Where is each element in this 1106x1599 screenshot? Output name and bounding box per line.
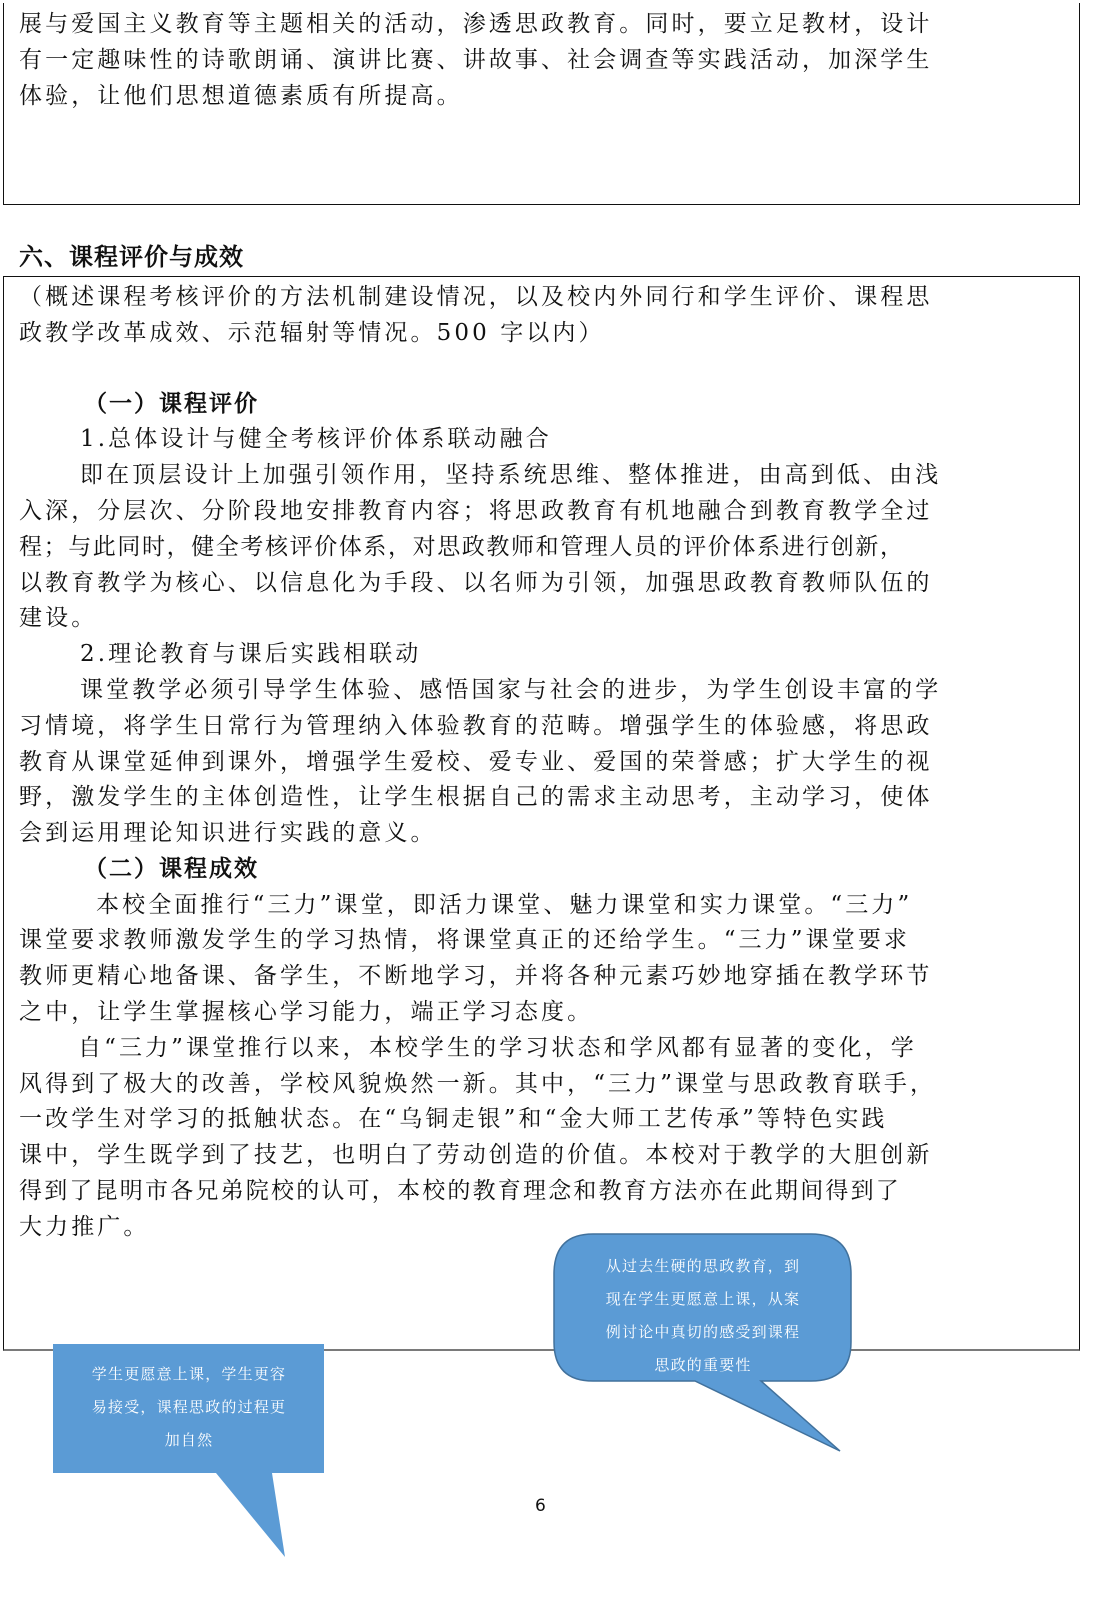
- paragraph-line: 有一定趣味性的诗歌朗诵、演讲比赛、讲故事、社会调查等实践活动，加深学生: [19, 42, 933, 78]
- paragraph-line: 之中，让学生掌握核心学习能力，端正学习态度。: [19, 994, 593, 1030]
- paragraph-line: 即在顶层设计上加强引领作用，坚持系统思维、整体推进，由高到低、由浅: [80, 457, 941, 493]
- page-number: 6: [535, 1496, 546, 1516]
- paragraph-line: 建设。: [19, 600, 97, 636]
- paragraph-line: 一改学生对学习的抵触状态。在“乌铜走银”和“金大师工艺传承”等特色实践: [19, 1101, 888, 1137]
- callout-line: 思政的重要性: [563, 1349, 843, 1382]
- subsection-title-evaluation: （一）课程评价: [84, 386, 259, 422]
- callout-line: 易接受，课程思政的过程更: [58, 1391, 320, 1424]
- speech-bubble-callout-left[interactable]: 学生更愿意上课，学生更容 易接受，课程思政的过程更 加自然: [53, 1344, 325, 1559]
- paragraph-line: 课堂教学必须引导学生体验、感悟国家与社会的进步，为学生创设丰富的学: [80, 672, 941, 708]
- item-title: 1.总体设计与健全考核评价体系联动融合: [80, 421, 552, 457]
- paragraph-line: 习情境，将学生日常行为管理纳入体验教育的范畴。增强学生的体验感，将思政: [19, 708, 933, 744]
- paragraph-line: 得到了昆明市各兄弟院校的认可，本校的教育理念和教育方法亦在此期间得到了: [19, 1173, 901, 1209]
- callout-line: 学生更愿意上课，学生更容: [58, 1358, 320, 1391]
- paragraph-line: 入深，分层次、分阶段地安排教育内容；将思政教育有机地融合到教育教学全过: [19, 493, 933, 529]
- paragraph-line: 以教育教学为核心、以信息化为手段、以名师为引领，加强思政教育教师队伍的: [19, 565, 933, 601]
- paragraph-line: 教育从课堂延伸到课外，增强学生爱校、爱专业、爱国的荣誉感；扩大学生的视: [19, 744, 933, 780]
- paragraph-line: 课堂要求教师激发学生的学习热情，将课堂真正的还给学生。“三力”课堂要求: [19, 922, 910, 958]
- paragraph-line: 本校全面推行“三力”课堂，即活力课堂、魅力课堂和实力课堂。“三力”: [96, 887, 912, 923]
- paragraph-line: 自“三力”课堂推行以来，本校学生的学习状态和学风都有显著的变化，学: [78, 1030, 917, 1066]
- callout-line: 从过去生硬的思政教育，到: [563, 1250, 843, 1283]
- paragraph-line: 课中，学生既学到了技艺，也明白了劳动创造的价值。本校对于教学的大胆创新: [19, 1137, 933, 1173]
- item-title: 2.理论教育与课后实践相联动: [80, 636, 421, 672]
- paragraph-line: 程；与此同时，健全考核评价体系，对思政教师和管理人员的评价体系进行创新，: [19, 529, 905, 565]
- section-heading: 六、课程评价与成效: [19, 240, 244, 274]
- paragraph-line: 教师更精心地备课、备学生，不断地学习，并将各种元素巧妙地穿插在教学环节: [19, 958, 933, 994]
- paragraph-line: 野，激发学生的主体创造性，让学生根据自己的需求主动思考，主动学习，使体: [19, 779, 933, 815]
- instruction-line: （概述课程考核评价的方法机制建设情况，以及校内外同行和学生评价、课程思: [19, 279, 933, 315]
- paragraph-line: 会到运用理论知识进行实践的意义。: [19, 815, 437, 851]
- subsection-title-outcomes: （二）课程成效: [84, 851, 259, 887]
- paragraph-line: 体验，让他们思想道德素质有所提高。: [19, 78, 463, 114]
- instruction-line: 政教学改革成效、示范辐射等情况。500 字以内）: [19, 315, 605, 351]
- paragraph-line: 风得到了极大的改善，学校风貌焕然一新。其中，“三力”课堂与思政教育联手，: [19, 1066, 936, 1102]
- callout-line: 加自然: [58, 1424, 320, 1457]
- paragraph-line: 大力推广。: [19, 1209, 150, 1245]
- paragraph-line: 展与爱国主义教育等主题相关的活动，渗透思政教育。同时，要立足教材，设计: [19, 6, 933, 42]
- callout-line: 例讨论中真切的感受到课程: [563, 1316, 843, 1349]
- callout-line: 现在学生更愿意上课，从案: [563, 1283, 843, 1316]
- speech-bubble-callout-right[interactable]: 从过去生硬的思政教育，到 现在学生更愿意上课，从案 例讨论中真切的感受到课程 思…: [553, 1233, 853, 1453]
